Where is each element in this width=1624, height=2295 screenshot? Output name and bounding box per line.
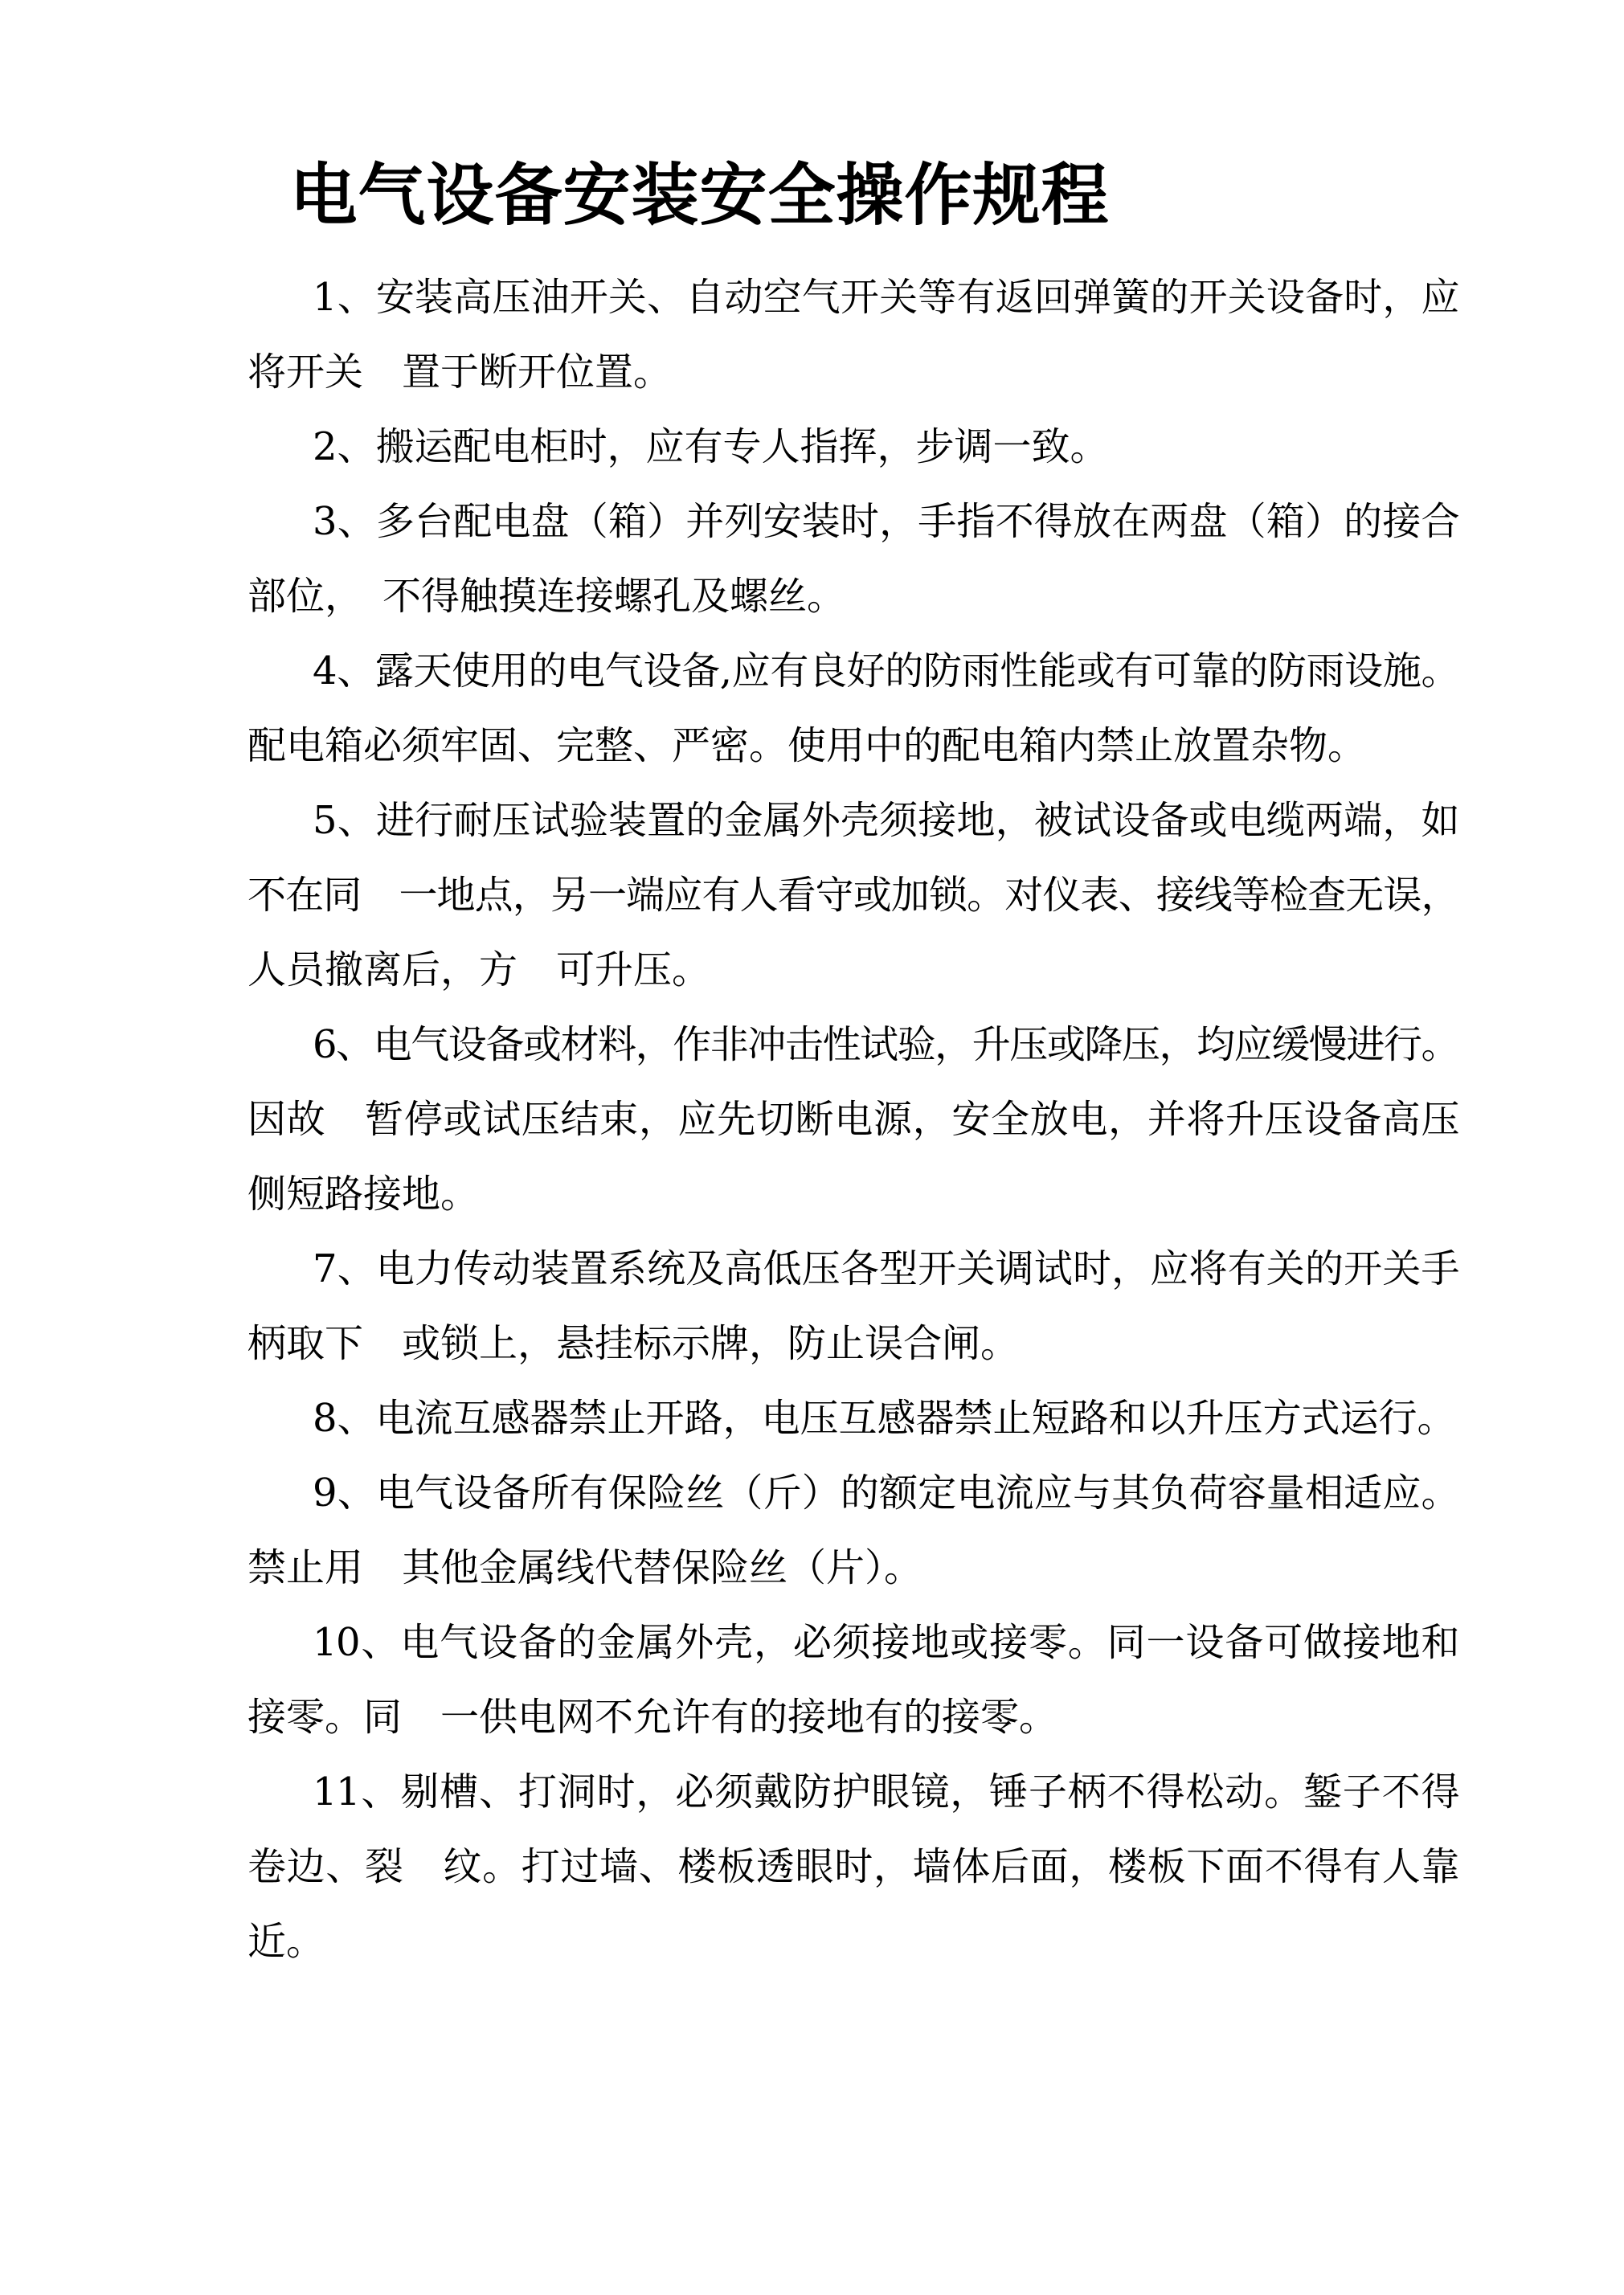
paragraph: 7、电力传动装置系统及高低压各型开关调试时，应将有关的开关手柄取下 或锁上，悬挂… <box>247 1232 1458 1381</box>
text-line: 因故 暂停或试压结束，应先切断电源，安全放电，并将升压设备高压 <box>247 1082 1458 1157</box>
text-line: 2、搬运配电柜时，应有专人指挥，步调一致。 <box>247 410 1458 485</box>
paragraph: 1、安装高压油开关、自动空气开关等有返回弹簧的开关设备时，应将开关 置于断开位置… <box>247 260 1458 410</box>
paragraph: 2、搬运配电柜时，应有专人指挥，步调一致。 <box>247 410 1458 485</box>
text-line: 4、露天使用的电气设备,应有良好的防雨性能或有可靠的防雨设施。 <box>247 634 1458 709</box>
paragraph: 4、露天使用的电气设备,应有良好的防雨性能或有可靠的防雨设施。配电箱必须牢固、完… <box>247 634 1458 783</box>
paragraph: 8、电流互感器禁止开路，电压互感器禁止短路和以升压方式运行。 <box>247 1381 1458 1456</box>
text-line: 8、电流互感器禁止开路，电压互感器禁止短路和以升压方式运行。 <box>247 1381 1458 1456</box>
paragraph: 6、电气设备或材料，作非冲击性试验，升压或降压，均应缓慢进行。因故 暂停或试压结… <box>247 1008 1458 1232</box>
text-line: 近。 <box>247 1904 1458 1979</box>
document-body: 1、安装高压油开关、自动空气开关等有返回弹簧的开关设备时，应将开关 置于断开位置… <box>247 260 1458 1979</box>
text-line: 人员撤离后，方 可升压。 <box>247 933 1458 1008</box>
paragraph: 10、电气设备的金属外壳，必须接地或接零。同一设备可做接地和接零。同 一供电网不… <box>247 1606 1458 1755</box>
text-line: 不在同 一地点，另一端应有人看守或加锁。对仪表、接线等检查无误， <box>247 858 1458 933</box>
text-line: 配电箱必须牢固、完整、严密。使用中的配电箱内禁止放置杂物。 <box>247 709 1458 783</box>
text-line: 6、电气设备或材料，作非冲击性试验，升压或降压，均应缓慢进行。 <box>247 1008 1458 1082</box>
document-page: 电气设备安装安全操作规程 1、安装高压油开关、自动空气开关等有返回弹簧的开关设备… <box>0 0 1624 2295</box>
text-line: 10、电气设备的金属外壳，必须接地或接零。同一设备可做接地和 <box>247 1606 1458 1680</box>
text-line: 将开关 置于断开位置。 <box>247 335 1458 410</box>
text-line: 1、安装高压油开关、自动空气开关等有返回弹簧的开关设备时，应 <box>247 260 1458 335</box>
paragraph: 9、电气设备所有保险丝（斤）的额定电流应与其负荷容量相适应。禁止用 其他金属线代… <box>247 1456 1458 1606</box>
document-title: 电气设备安装安全操作规程 <box>0 147 1624 243</box>
text-line: 卷边、裂 纹。打过墙、楼板透眼时，墙体后面，楼板下面不得有人靠 <box>247 1830 1458 1904</box>
text-line: 柄取下 或锁上，悬挂标示牌，防止误合闸。 <box>247 1307 1458 1381</box>
paragraph: 5、进行耐压试验装置的金属外壳须接地，被试设备或电缆两端，如不在同 一地点，另一… <box>247 783 1458 1008</box>
paragraph: 3、多台配电盘（箱）并列安装时，手指不得放在两盘（箱）的接合部位， 不得触摸连接… <box>247 485 1458 634</box>
text-line: 11、剔槽、打洞时，必须戴防护眼镜，锤子柄不得松动。錾子不得 <box>247 1755 1458 1830</box>
text-line: 部位， 不得触摸连接螺孔及螺丝。 <box>247 559 1458 634</box>
paragraph: 11、剔槽、打洞时，必须戴防护眼镜，锤子柄不得松动。錾子不得卷边、裂 纹。打过墙… <box>247 1755 1458 1979</box>
text-line: 7、电力传动装置系统及高低压各型开关调试时，应将有关的开关手 <box>247 1232 1458 1307</box>
text-line: 禁止用 其他金属线代替保险丝（片）。 <box>247 1531 1458 1606</box>
text-line: 侧短路接地。 <box>247 1157 1458 1232</box>
text-line: 接零。同 一供电网不允许有的接地有的接零。 <box>247 1680 1458 1755</box>
text-line: 5、进行耐压试验装置的金属外壳须接地，被试设备或电缆两端，如 <box>247 783 1458 858</box>
text-line: 3、多台配电盘（箱）并列安装时，手指不得放在两盘（箱）的接合 <box>247 485 1458 559</box>
text-line: 9、电气设备所有保险丝（斤）的额定电流应与其负荷容量相适应。 <box>247 1456 1458 1531</box>
